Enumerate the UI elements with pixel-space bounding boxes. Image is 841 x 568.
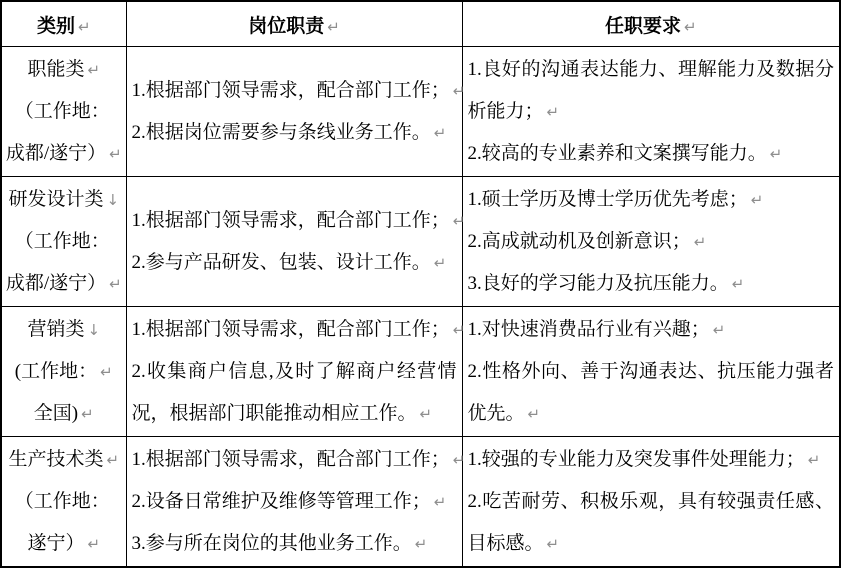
line-text: (工作地： — [15, 361, 97, 382]
line-text: 况，根据部门职能推动相应工作。 — [132, 403, 417, 424]
paragraph-mark-icon: ↵ — [694, 233, 707, 251]
line-text: 营销类 — [27, 319, 84, 340]
line-text: 1.较强的专业能力及突发事件处理能力； — [468, 449, 805, 470]
text-line: 析能力；↵ — [468, 91, 838, 133]
header-label: 任职要求 — [605, 16, 681, 37]
text-line: 2.吃苦耐劳、积极乐观，具有较强责任感、 — [468, 481, 838, 523]
line-text: 生产技术类 — [8, 449, 103, 470]
paragraph-mark-icon: ↵ — [81, 405, 94, 423]
paragraph-mark-icon: ↵ — [453, 212, 466, 230]
line-text: 2.性格外向、善于沟通表达、抗压能力强者 — [468, 361, 835, 382]
paragraph-mark-icon: ↵ — [434, 254, 447, 272]
paragraph-mark-icon: ↵ — [420, 405, 433, 423]
text-line: 遂宁）↵ — [2, 523, 126, 565]
table-row: 职能类↵ （工作地： 成都/遂宁）↵ 1.根据部门领导需求，配合部门工作；↵ 2… — [1, 47, 840, 177]
table-row: 营销类↓ (工作地：↵ 全国)↵ 1.根据部门领导需求，配合部门工作；↵ 2.收… — [1, 307, 840, 437]
line-text: 2.设备日常维护及维修等管理工作； — [132, 491, 431, 512]
header-cell-category: 类别↵ — [1, 1, 126, 47]
line-text: 1.根据部门领导需求，配合部门工作； — [132, 80, 450, 101]
document-page: 类别↵ 岗位职责↵ 任职要求↵ 职能类↵ （工作地： 成都/遂宁）↵ 1.根据部… — [0, 0, 841, 568]
paragraph-mark-icon: ↵ — [87, 535, 100, 553]
paragraph-mark-icon: ↵ — [684, 18, 697, 36]
paragraph-mark-icon: ↵ — [770, 145, 783, 163]
table-row: 生产技术类↵ （工作地： 遂宁）↵ 1.根据部门领导需求，配合部门工作；↵ 2.… — [1, 437, 840, 568]
category-cell: 营销类↓ (工作地：↵ 全国)↵ — [1, 307, 126, 437]
paragraph-mark-icon: ↵ — [434, 493, 447, 511]
paragraph-mark-icon: ↵ — [713, 321, 726, 339]
text-line: 3.参与所在岗位的其他业务工作。↵ — [132, 523, 460, 565]
category-cell: 研发设计类↓ （工作地： 成都/遂宁）↵ — [1, 177, 126, 307]
header-label: 岗位职责 — [248, 16, 324, 37]
text-line: 2.参与产品研发、包装、设计工作。↵ — [132, 242, 460, 284]
paragraph-mark-icon: ↵ — [453, 321, 466, 339]
text-line: 1.根据部门领导需求，配合部门工作；↵ — [132, 200, 460, 242]
paragraph-mark-icon: ↵ — [109, 145, 122, 163]
line-text: 职能类 — [27, 59, 84, 80]
line-text: 目标感。 — [468, 533, 544, 554]
paragraph-mark-icon: ↵ — [547, 535, 560, 553]
line-text: 成都/遂宁） — [6, 143, 106, 164]
paragraph-mark-icon: ↵ — [808, 451, 821, 469]
line-text: 优先。 — [468, 403, 525, 424]
line-text: 遂宁） — [27, 533, 84, 554]
paragraph-mark-icon: ↵ — [751, 191, 764, 209]
text-line: 2.较高的专业素养和文案撰写能力。↵ — [468, 133, 838, 175]
text-line: 成都/遂宁）↵ — [2, 133, 126, 175]
line-text: 2.高成就动机及创新意识； — [468, 231, 691, 252]
line-text: 全国) — [34, 403, 78, 424]
line-text: （工作地： — [15, 101, 110, 122]
requirements-cell: 1.良好的沟通表达能力、理解能力及数据分 析能力；↵ 2.较高的专业素养和文案撰… — [462, 47, 840, 177]
line-text: 3.参与所在岗位的其他业务工作。 — [132, 533, 412, 554]
paragraph-mark-icon: ↵ — [87, 61, 100, 79]
paragraph-mark-icon: ↵ — [100, 363, 113, 381]
requirements-cell: 1.对快速消费品行业有兴趣；↵ 2.性格外向、善于沟通表达、抗压能力强者 优先。… — [462, 307, 840, 437]
paragraph-mark-icon: ↵ — [415, 535, 428, 553]
paragraph-mark-icon: ↵ — [327, 18, 340, 36]
paragraph-mark-icon: ↵ — [109, 275, 122, 293]
line-text: 1.硕士学历及博士学历优先考虑； — [468, 189, 748, 210]
text-line: 2.高成就动机及创新意识；↵ — [468, 221, 838, 263]
paragraph-mark-icon: ↵ — [453, 451, 466, 469]
line-text: 析能力； — [468, 101, 544, 122]
paragraph-mark-icon: ↵ — [732, 275, 745, 293]
text-line: 成都/遂宁）↵ — [2, 263, 126, 305]
linebreak-mark-icon: ↓ — [106, 191, 119, 209]
duties-cell: 1.根据部门领导需求，配合部门工作；↵ 2.根据岗位需要参与条线业务工作。↵ — [126, 47, 462, 177]
text-line: 1.根据部门领导需求，配合部门工作；↵ — [132, 309, 460, 351]
text-line: 1.对快速消费品行业有兴趣；↵ — [468, 309, 838, 351]
linebreak-mark-icon: ↓ — [87, 321, 100, 339]
text-line: 营销类↓ — [2, 309, 126, 351]
line-text: 1.根据部门领导需求，配合部门工作； — [132, 210, 450, 231]
text-line: 2.性格外向、善于沟通表达、抗压能力强者 — [468, 351, 838, 393]
text-line: 2.根据岗位需要参与条线业务工作。↵ — [132, 112, 460, 154]
text-line: 3.良好的学习能力及抗压能力。↵ — [468, 263, 838, 305]
text-line: 1.硕士学历及博士学历优先考虑；↵ — [468, 179, 838, 221]
table-row: 研发设计类↓ （工作地： 成都/遂宁）↵ 1.根据部门领导需求，配合部门工作；↵… — [1, 177, 840, 307]
line-text: （工作地： — [15, 491, 110, 512]
text-line: (工作地：↵ — [2, 351, 126, 393]
category-cell: 生产技术类↵ （工作地： 遂宁）↵ — [1, 437, 126, 568]
text-line: 全国)↵ — [2, 393, 126, 435]
paragraph-mark-icon: ↵ — [547, 103, 560, 121]
text-line: （工作地： — [2, 221, 126, 263]
duties-cell: 1.根据部门领导需求，配合部门工作；↵ 2.参与产品研发、包装、设计工作。↵ — [126, 177, 462, 307]
duties-cell: 1.根据部门领导需求，配合部门工作；↵ 2.设备日常维护及维修等管理工作；↵ 3… — [126, 437, 462, 568]
line-text: 1.根据部门领导需求，配合部门工作； — [132, 319, 450, 340]
text-line: 1.良好的沟通表达能力、理解能力及数据分 — [468, 49, 838, 91]
header-label: 类别 — [37, 16, 75, 37]
text-line: 况，根据部门职能推动相应工作。↵ — [132, 393, 460, 435]
text-line: 2.设备日常维护及维修等管理工作；↵ — [132, 481, 460, 523]
line-text: 1.根据部门领导需求，配合部门工作； — [132, 449, 450, 470]
requirements-cell: 1.硕士学历及博士学历优先考虑；↵ 2.高成就动机及创新意识；↵ 3.良好的学习… — [462, 177, 840, 307]
paragraph-mark-icon: ↵ — [434, 124, 447, 142]
text-line: 优先。↵ — [468, 393, 838, 435]
paragraph-mark-icon: ↵ — [528, 405, 541, 423]
text-line: （工作地： — [2, 91, 126, 133]
duties-cell: 1.根据部门领导需求，配合部门工作；↵ 2.收集商户信息,及时了解商户经营情 况… — [126, 307, 462, 437]
category-cell: 职能类↵ （工作地： 成都/遂宁）↵ — [1, 47, 126, 177]
header-cell-duties: 岗位职责↵ — [126, 1, 462, 47]
text-line: 目标感。↵ — [468, 523, 838, 565]
line-text: 2.收集商户信息,及时了解商户经营情 — [132, 361, 457, 382]
line-text: 1.良好的沟通表达能力、理解能力及数据分 — [468, 59, 835, 80]
text-line: 研发设计类↓ — [2, 179, 126, 221]
job-table: 类别↵ 岗位职责↵ 任职要求↵ 职能类↵ （工作地： 成都/遂宁）↵ 1.根据部… — [0, 0, 841, 568]
text-line: （工作地： — [2, 481, 126, 523]
paragraph-mark-icon: ↵ — [453, 82, 466, 100]
header-row: 类别↵ 岗位职责↵ 任职要求↵ — [1, 1, 840, 47]
line-text: 3.良好的学习能力及抗压能力。 — [468, 273, 729, 294]
line-text: 1.对快速消费品行业有兴趣； — [468, 319, 710, 340]
line-text: （工作地： — [15, 231, 110, 252]
text-line: 1.根据部门领导需求，配合部门工作；↵ — [132, 439, 460, 481]
line-text: 2.较高的专业素养和文案撰写能力。 — [468, 143, 767, 164]
header-cell-requirements: 任职要求↵ — [462, 1, 840, 47]
text-line: 1.较强的专业能力及突发事件处理能力；↵ — [468, 439, 838, 481]
requirements-cell: 1.较强的专业能力及突发事件处理能力；↵ 2.吃苦耐劳、积极乐观，具有较强责任感… — [462, 437, 840, 568]
paragraph-mark-icon: ↵ — [78, 18, 91, 36]
line-text: 2.吃苦耐劳、积极乐观，具有较强责任感、 — [468, 491, 835, 512]
text-line: 2.收集商户信息,及时了解商户经营情 — [132, 351, 460, 393]
line-text: 2.参与产品研发、包装、设计工作。 — [132, 252, 431, 273]
text-line: 生产技术类↵ — [2, 439, 126, 481]
text-line: 职能类↵ — [2, 49, 126, 91]
paragraph-mark-icon: ↵ — [106, 451, 119, 469]
text-line: 1.根据部门领导需求，配合部门工作；↵ — [132, 70, 460, 112]
line-text: 2.根据岗位需要参与条线业务工作。 — [132, 122, 431, 143]
line-text: 研发设计类 — [8, 189, 103, 210]
line-text: 成都/遂宁） — [6, 273, 106, 294]
